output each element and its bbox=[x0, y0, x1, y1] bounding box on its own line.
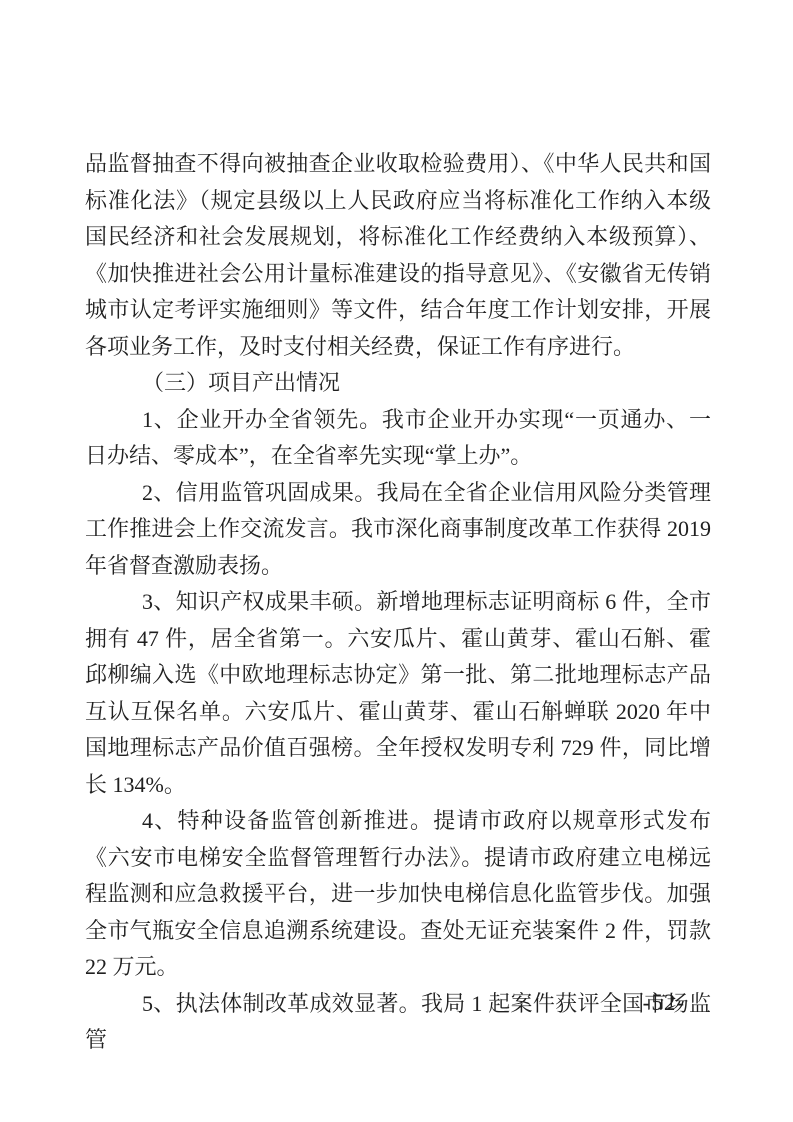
section-heading: （三）项目产出情况 bbox=[85, 365, 711, 402]
page-body: 品监督抽查不得向被抽查企业收取检验费用）、《中华人民共和国标准化法》（规定县级以… bbox=[85, 146, 711, 1059]
list-paragraph-5: 5、执法体制改革成效显著。我局 1 起案件获评全国市场监管 bbox=[85, 986, 711, 1059]
paragraph-continuation: 品监督抽查不得向被抽查企业收取检验费用）、《中华人民共和国标准化法》（规定县级以… bbox=[85, 146, 711, 365]
document-page: 品监督抽查不得向被抽查企业收取检验费用）、《中华人民共和国标准化法》（规定县级以… bbox=[0, 0, 793, 1122]
list-paragraph-3: 3、知识产权成果丰硕。新增地理标志证明商标 6 件，全市拥有 47 件，居全省第… bbox=[85, 584, 711, 803]
list-paragraph-2: 2、信用监管巩固成果。我局在全省企业信用风险分类管理工作推进会上作交流发言。我市… bbox=[85, 475, 711, 585]
list-paragraph-1: 1、企业开办全省领先。我市企业开办实现“一页通办、一日办结、零成本”，在全省率先… bbox=[85, 402, 711, 475]
page-number: -52- bbox=[643, 990, 685, 1016]
list-paragraph-4: 4、特种设备监管创新推进。提请市政府以规章形式发布《六安市电梯安全监督管理暂行办… bbox=[85, 803, 711, 986]
